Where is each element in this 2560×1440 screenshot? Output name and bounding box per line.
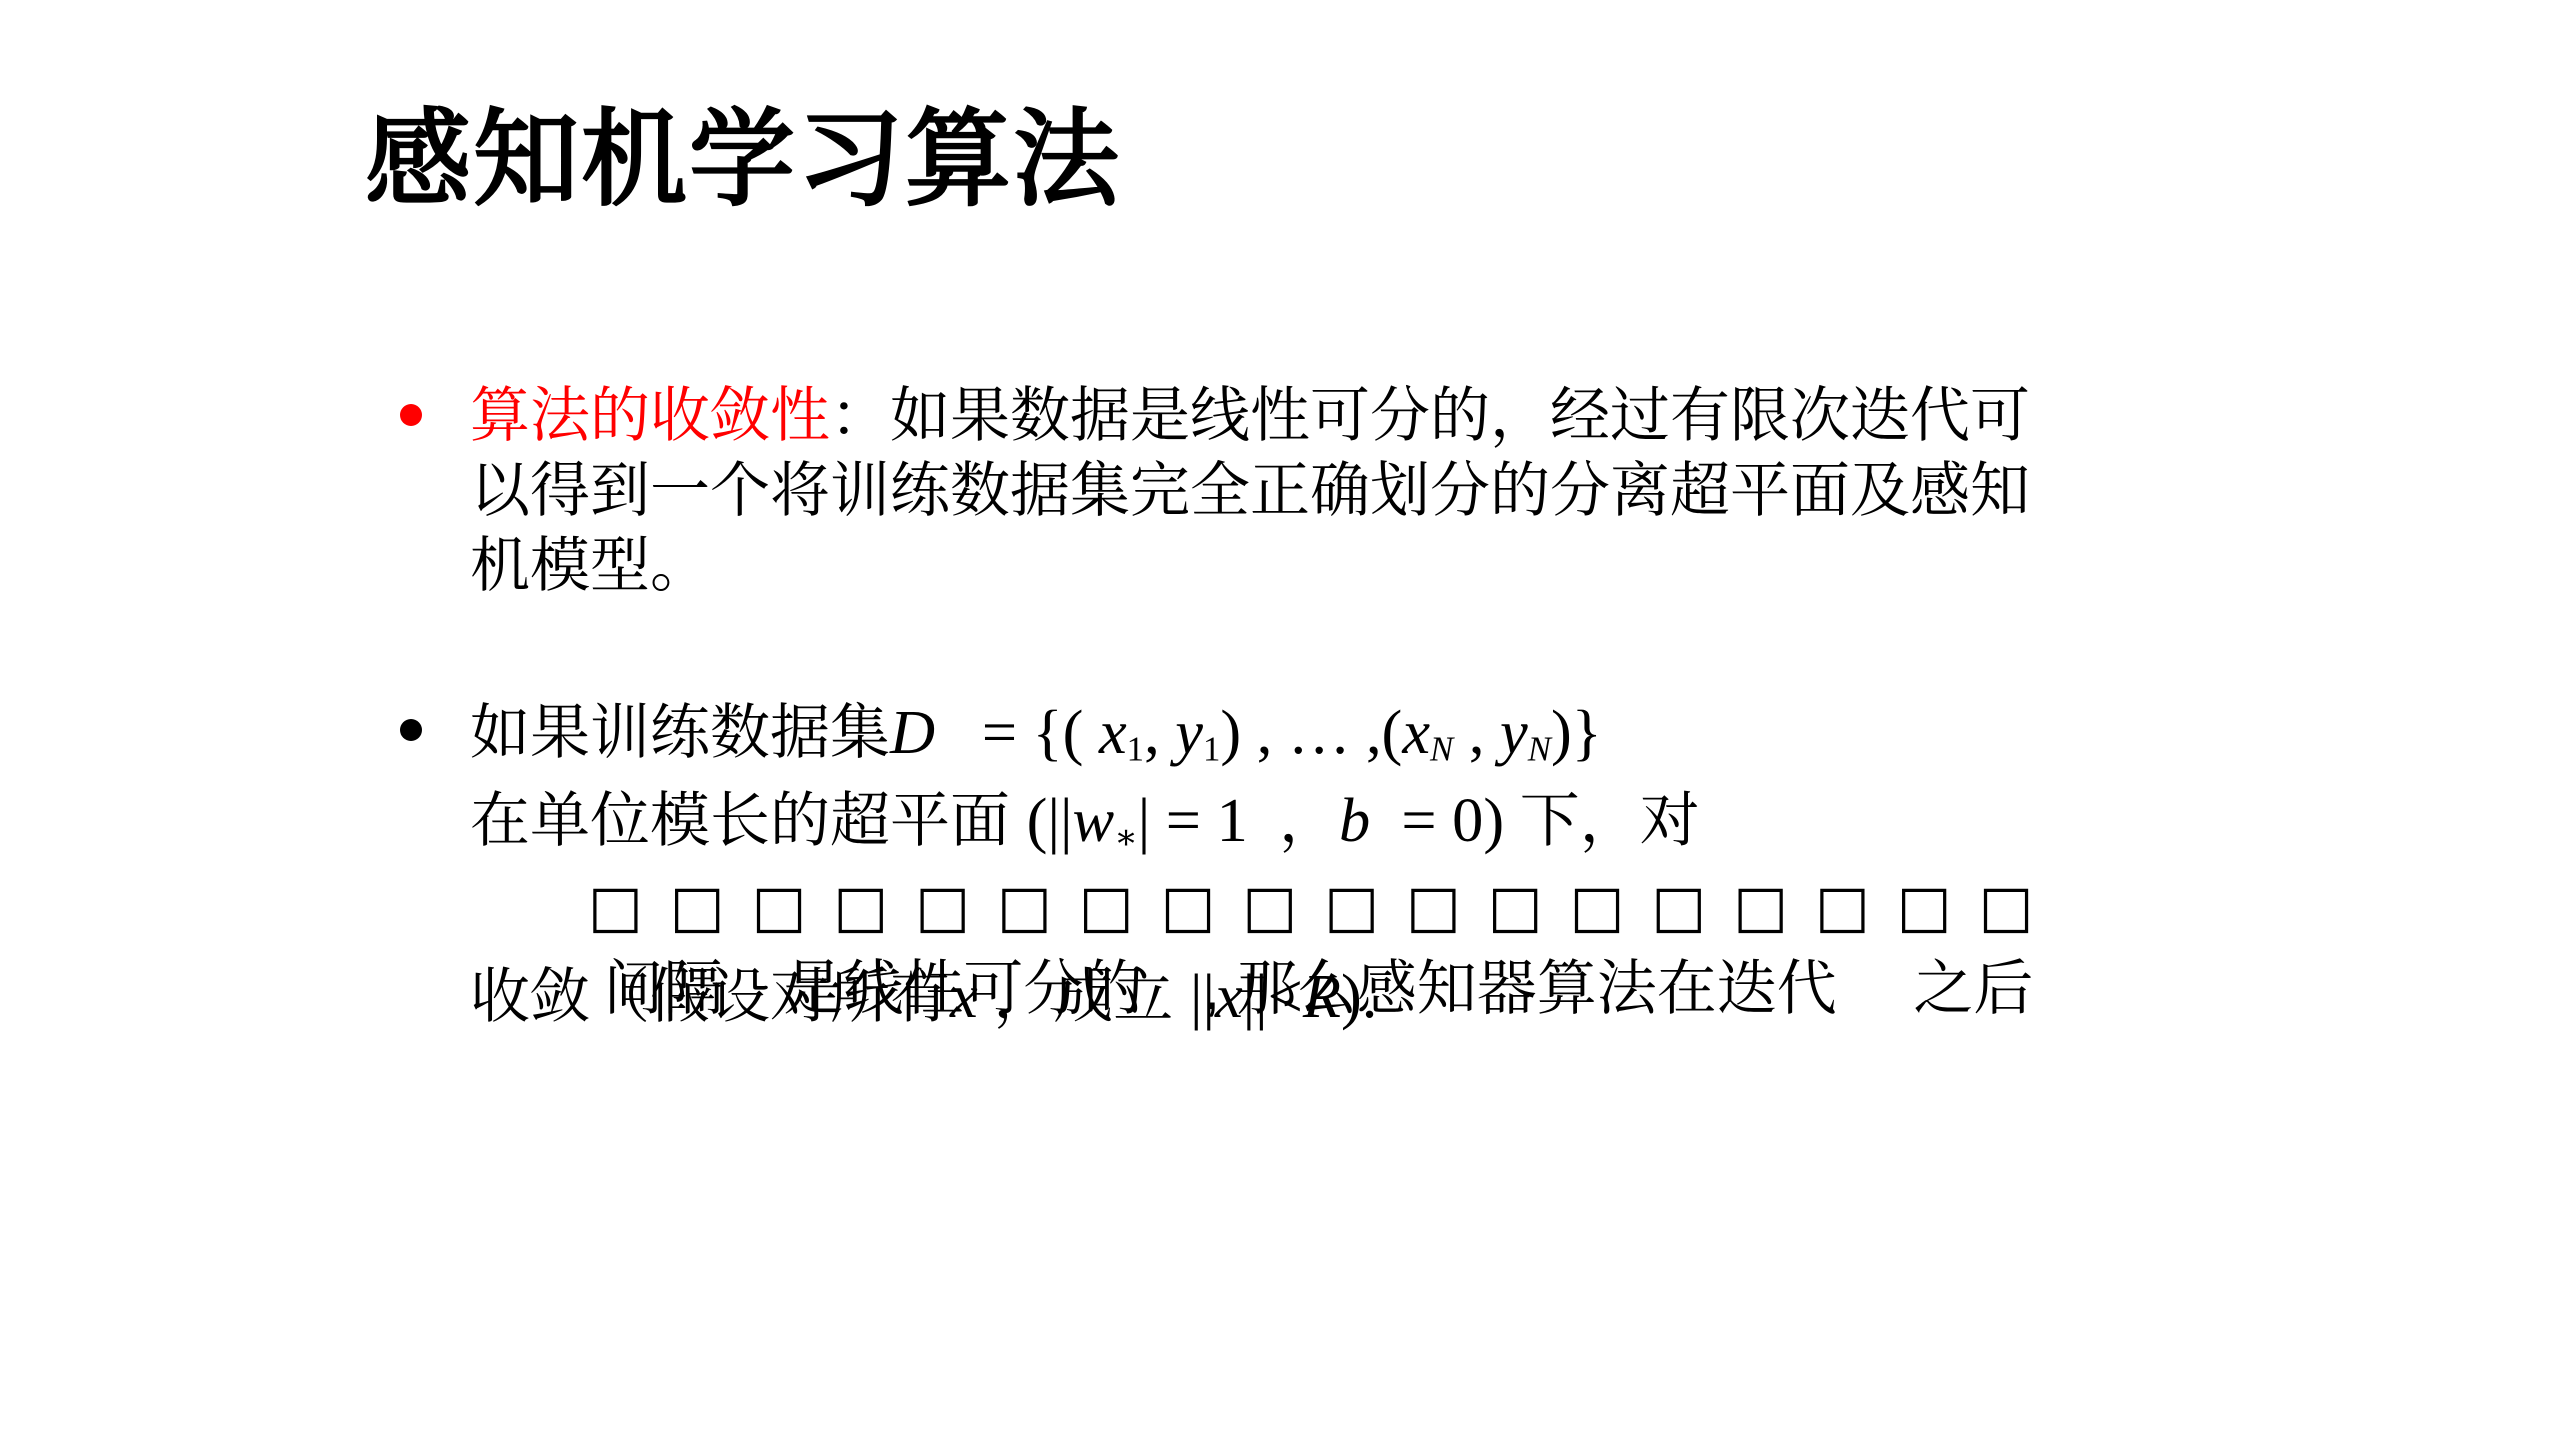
bullet-dot-red: [400, 404, 422, 426]
text-segment: x: [1215, 962, 1243, 1031]
red-lead-text: 算法的收敛性: [470, 382, 830, 449]
text-segment: D: [890, 698, 935, 767]
text-segment: (||: [1027, 786, 1073, 855]
slide-title: 感知机学习算法: [365, 92, 1121, 230]
text-segment: x: [950, 962, 978, 1031]
bullet2-line1-math: 如果训练数据集D = {( x1, y1) , … ,(xN , yN)}: [470, 693, 2033, 781]
text-segment: x: [1402, 698, 1430, 767]
bullet-dot-black: [400, 719, 422, 741]
text-segment: N: [1430, 730, 1453, 769]
bullet2-line4-math: 收敛（假设对所有x ，成立 ||x||<R).: [470, 957, 2033, 1045]
text-segment: 在单位模长的超平面: [470, 787, 1027, 854]
text-segment: [978, 962, 994, 1031]
text-segment: y: [1500, 698, 1528, 767]
text-segment: 如果训练数据集: [470, 699, 890, 766]
bullet1-line2: 以得到一个将训练数据集完全正确划分的分离超平面及感知: [470, 457, 2030, 524]
text-segment: w: [1072, 786, 1114, 855]
text-segment: x: [1099, 698, 1127, 767]
text-segment: R: [1303, 962, 1341, 1031]
text-segment: ||<: [1243, 962, 1303, 1031]
text-segment: b: [1339, 786, 1370, 855]
text-segment: 1: [1203, 730, 1220, 769]
text-segment: ||: [1190, 962, 1215, 1031]
presentation-slide: 感知机学习算法 算法的收敛性：如果数据是线性可分的，经过有限次迭代可以得到一个将…: [0, 0, 2560, 1440]
bullet2-lines: 如果训练数据集D = {( x1, y1) , … ,(xN , yN)} 在单…: [470, 693, 2033, 1045]
text-segment: ,: [1453, 698, 1500, 767]
bullet2-line3-glitched: 间隔 是线性可分的 , 那么感知器算法在迭代 之后□□□□□□□□□□□□□□□…: [470, 869, 2033, 957]
bullet1-line1: ：如果数据是线性可分的，经过有限次迭代可: [830, 382, 2030, 449]
text-segment: ∗: [1114, 818, 1138, 857]
bullet2-line2-math: 在单位模长的超平面 (||w∗| = 1 ，b = 0) 下，对: [470, 781, 2033, 869]
bullet-text: 算法的收敛性：如果数据是线性可分的，经过有限次迭代可以得到一个将训练数据集完全正…: [470, 378, 2030, 603]
text-segment: ,: [1144, 698, 1175, 767]
bullet-item-training-set: 如果训练数据集D = {( x1, y1) , … ,(xN , yN)} 在单…: [400, 693, 2033, 1045]
missing-glyph-boxes-overlay: □□□□□□□□□□□□□□□□□□: [588, 866, 2060, 946]
text-segment: ) , … ,(: [1220, 698, 1402, 767]
bullet1-line3: 机模型。: [470, 532, 710, 599]
text-segment: ).: [1341, 962, 1377, 1031]
text-segment: | = 1: [1138, 786, 1279, 855]
text-segment: = {(: [935, 698, 1099, 767]
bullet-item-convergence: 算法的收敛性：如果数据是线性可分的，经过有限次迭代可以得到一个将训练数据集完全正…: [400, 378, 2030, 603]
text-segment: 下，对: [1520, 787, 1700, 854]
text-segment: 1: [1127, 730, 1144, 769]
text-segment: ，: [1279, 787, 1339, 854]
text-segment: 收敛（假设对所有: [470, 963, 950, 1030]
text-segment: )}: [1551, 698, 1602, 767]
text-segment: y: [1175, 698, 1203, 767]
text-segment: = 0): [1370, 786, 1520, 855]
text-segment: ，成立: [993, 963, 1190, 1030]
text-segment: N: [1528, 730, 1551, 769]
